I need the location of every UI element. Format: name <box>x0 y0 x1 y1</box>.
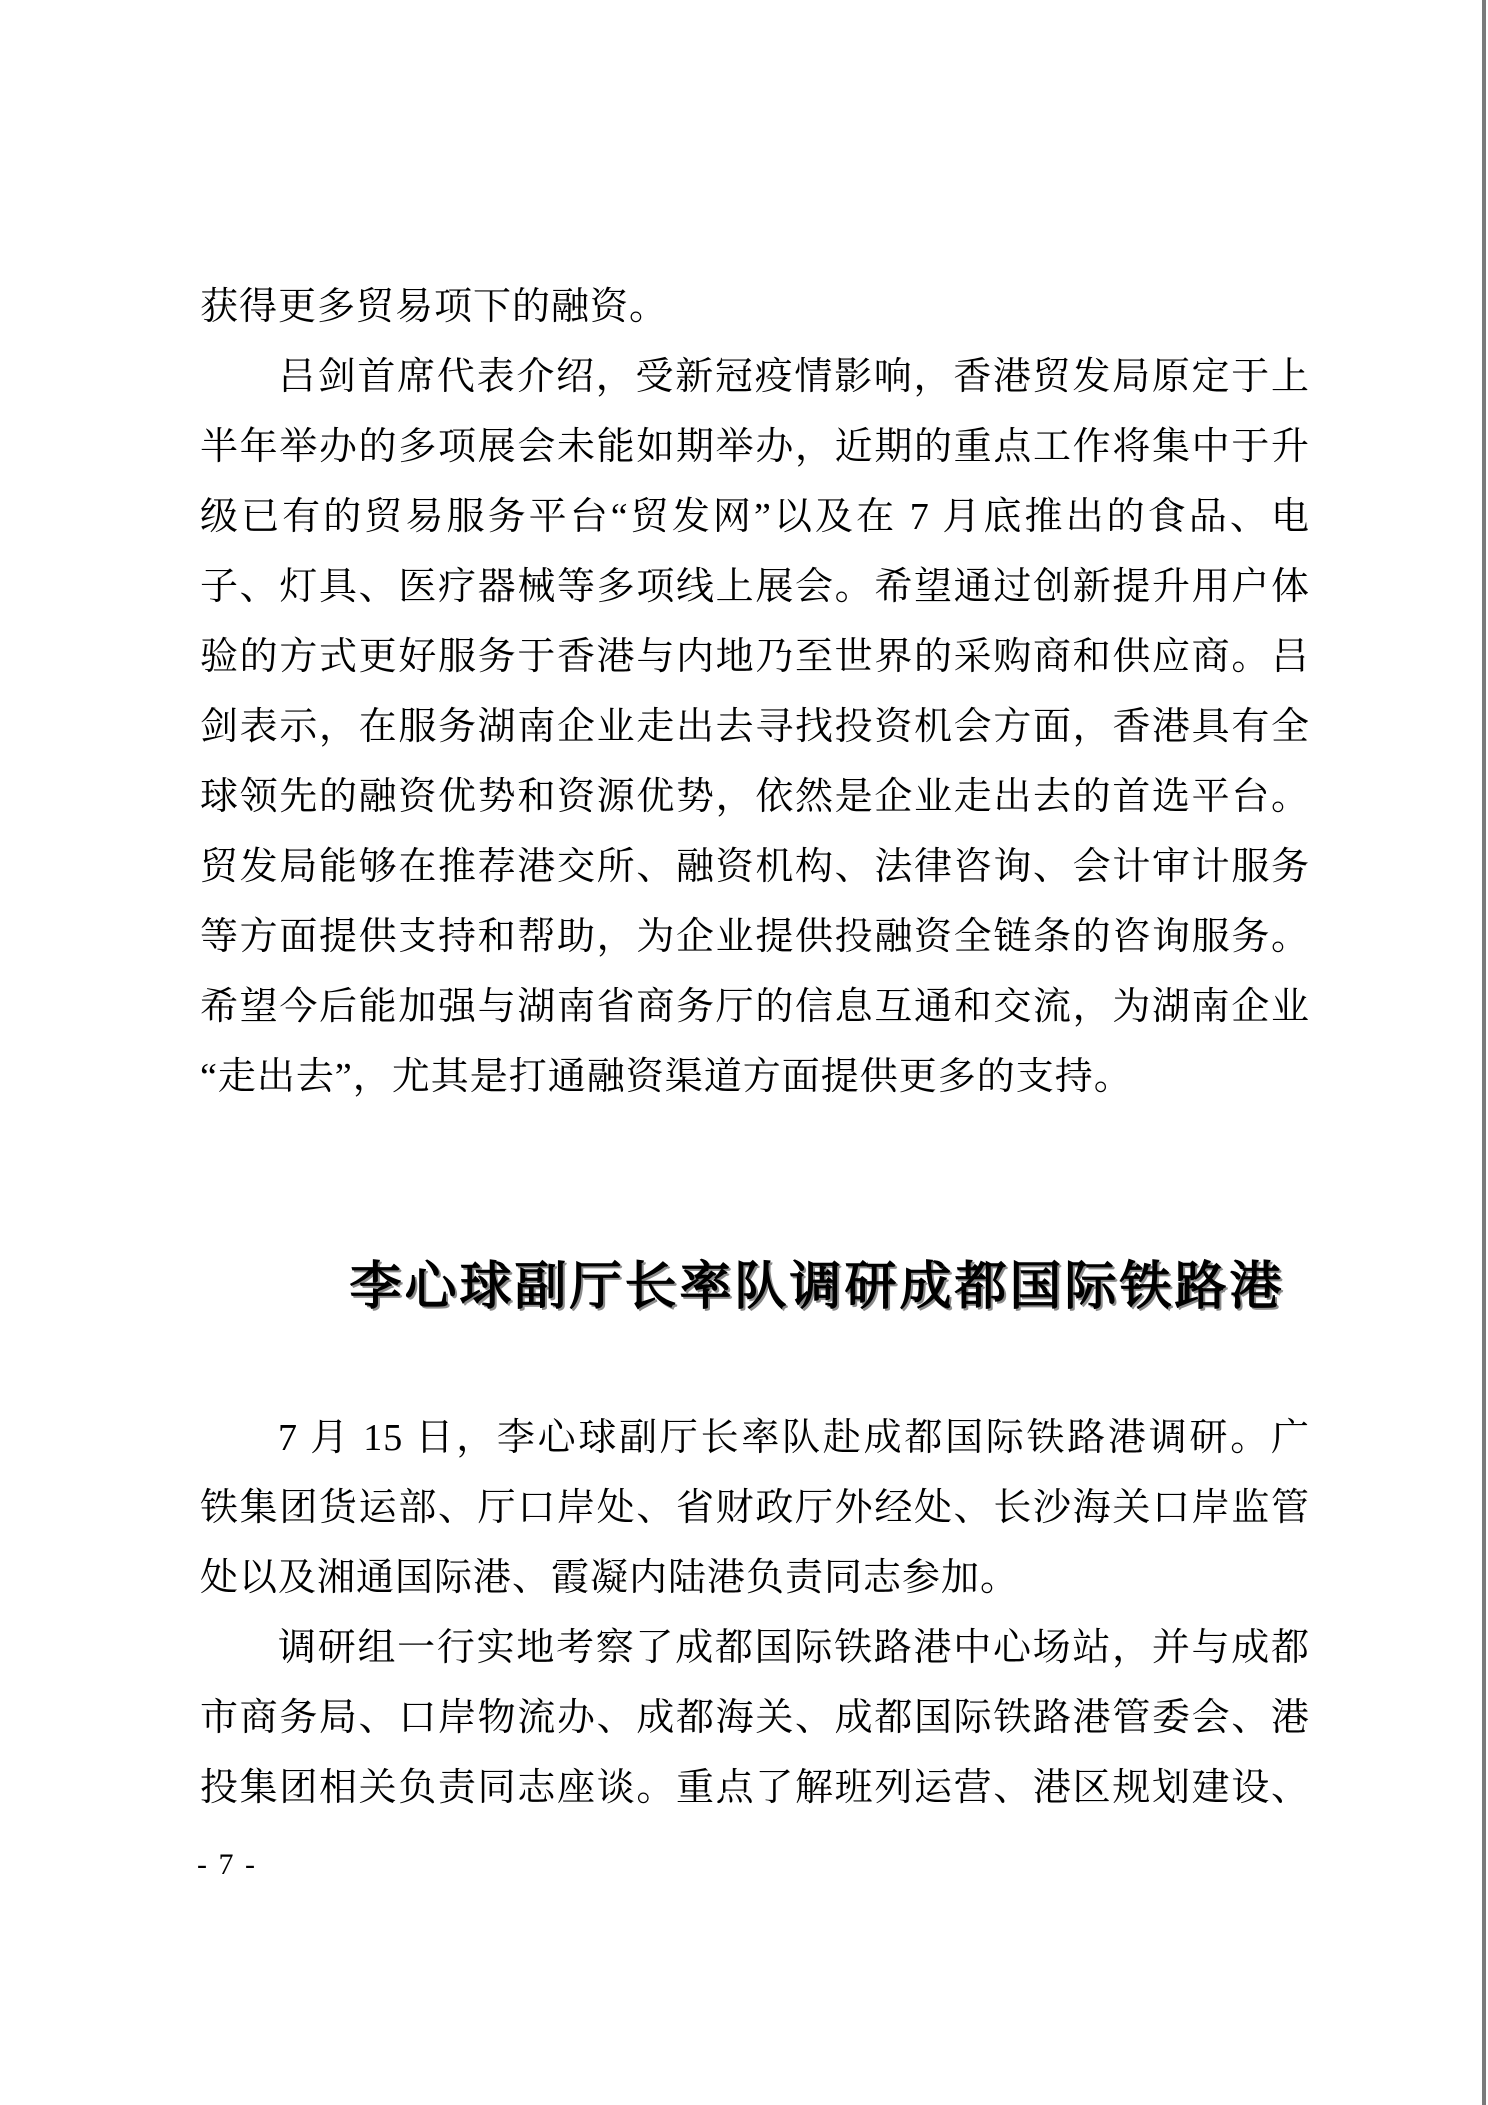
paragraphs-top: 获得更多贸易项下的融资。吕剑首席代表介绍，受新冠疫情影响，香港贸发局原定于上半年… <box>200 272 1310 1112</box>
text-line: 子、灯具、医疗器械等多项线上展会。希望通过创新提升用户体 <box>200 552 1310 622</box>
text-line: 剑表示，在服务湖南企业走出去寻找投资机会方面，香港具有全 <box>200 692 1310 762</box>
scan-edge-line <box>1482 0 1486 2105</box>
text-line: 铁集团货运部、厅口岸处、省财政厅外经处、长沙海关口岸监管 <box>200 1473 1310 1543</box>
document-body: 获得更多贸易项下的融资。吕剑首席代表介绍，受新冠疫情影响，香港贸发局原定于上半年… <box>200 272 1310 1823</box>
text-line: 获得更多贸易项下的融资。 <box>200 272 1310 342</box>
text-line: 球领先的融资优势和资源优势，依然是企业走出去的首选平台。 <box>200 762 1310 832</box>
page-number: - 7 - <box>197 1847 257 1883</box>
text-line: 市商务局、口岸物流办、成都海关、成都国际铁路港管委会、港 <box>200 1683 1310 1753</box>
text-line: 等方面提供支持和帮助，为企业提供投融资全链条的咨询服务。 <box>200 902 1310 972</box>
text-line: 希望今后能加强与湖南省商务厅的信息互通和交流，为湖南企业 <box>200 972 1310 1042</box>
text-line: 验的方式更好服务于香港与内地乃至世界的采购商和供应商。吕 <box>200 622 1310 692</box>
text-line: 投集团相关负责同志座谈。重点了解班列运营、港区规划建设、 <box>200 1753 1310 1823</box>
text-line: 半年举办的多项展会未能如期举办，近期的重点工作将集中于升 <box>200 412 1310 482</box>
text-line: 7 月 15 日，李心球副厅长率队赴成都国际铁路港调研。广 <box>200 1403 1310 1473</box>
text-line: 贸发局能够在推荐港交所、融资机构、法律咨询、会计审计服务 <box>200 832 1310 902</box>
text-line: 吕剑首席代表介绍，受新冠疫情影响，香港贸发局原定于上 <box>200 342 1310 412</box>
paragraphs-bottom: 7 月 15 日，李心球副厅长率队赴成都国际铁路港调研。广铁集团货运部、厅口岸处… <box>200 1403 1310 1823</box>
text-line: 处以及湘通国际港、霞凝内陆港负责同志参加。 <box>200 1543 1310 1613</box>
document-page: 获得更多贸易项下的融资。吕剑首席代表介绍，受新冠疫情影响，香港贸发局原定于上半年… <box>0 0 1488 2105</box>
text-line: 调研组一行实地考察了成都国际铁路港中心场站，并与成都 <box>200 1613 1310 1683</box>
text-line: 级已有的贸易服务平台“贸发网”以及在 7 月底推出的食品、电 <box>200 482 1310 552</box>
text-line: “走出去”，尤其是打通融资渠道方面提供更多的支持。 <box>200 1042 1310 1112</box>
section-heading: 李心球副厅长率队调研成都国际铁路港 <box>262 1253 1372 1323</box>
